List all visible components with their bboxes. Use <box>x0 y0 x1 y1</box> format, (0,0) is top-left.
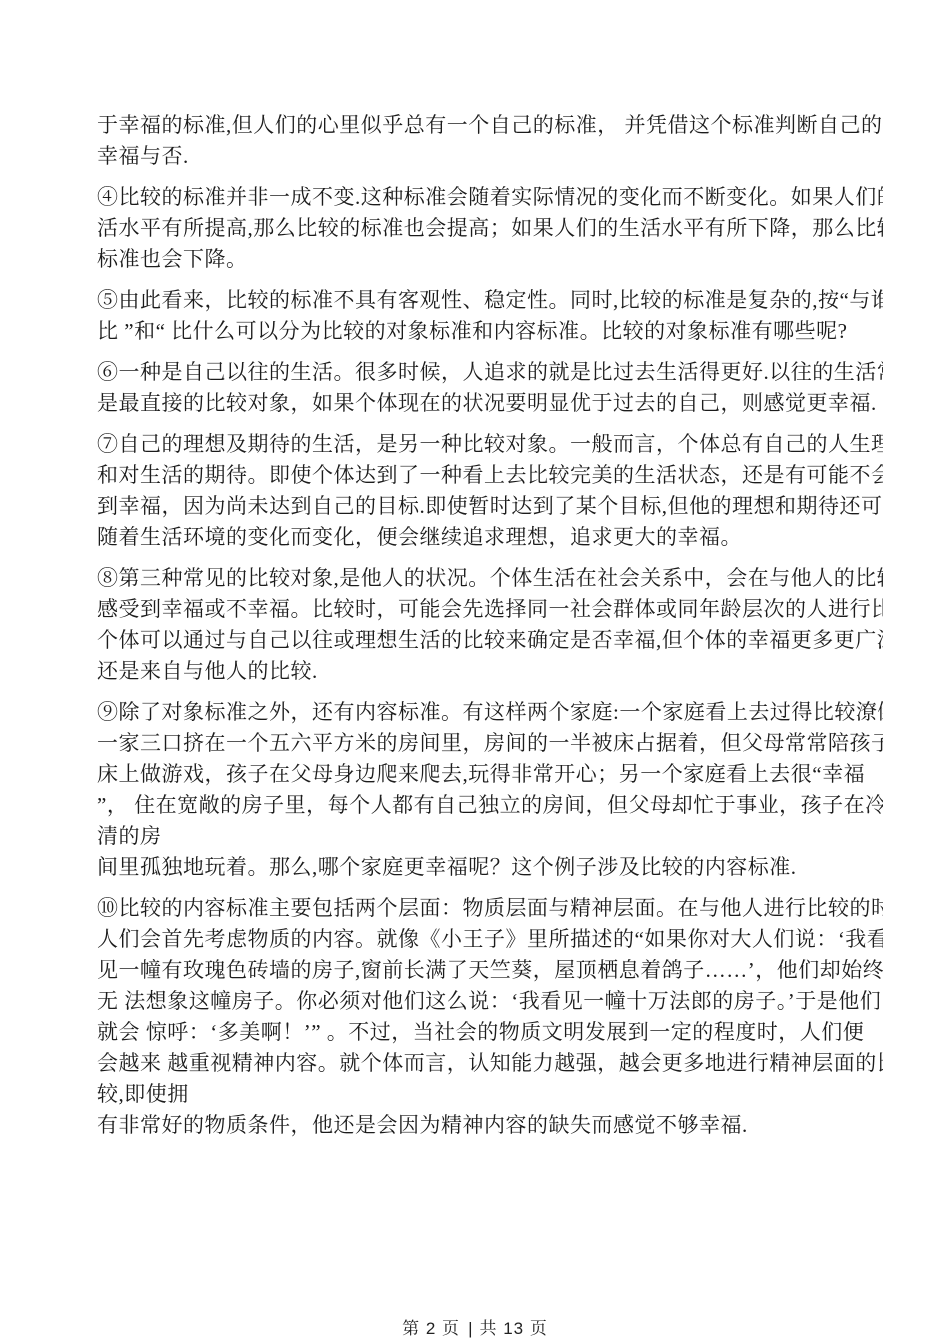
text-line: 个体可以通过与自己以往或理想生活的比较来确定是否幸福,但个体的幸福更多更广泛地 <box>97 625 883 656</box>
paragraph: ⑦自己的理想及期待的生活，是另一种比较对象。一般而言，个体总有自己的人生理想和对… <box>97 429 883 553</box>
text-line: 见一幢有玫瑰色砖墙的房子,窗前长满了天竺葵，屋顶栖息着鸽子……’，他们却始终 <box>97 955 883 986</box>
total-pages-label: 共 13 页 <box>479 1319 547 1338</box>
text-line: 还是来自与他人的比较. <box>97 656 883 687</box>
text-line: ⑦自己的理想及期待的生活，是另一种比较对象。一般而言，个体总有自己的人生理想 <box>97 429 883 460</box>
text-line: 是最直接的比较对象，如果个体现在的状况要明显优于过去的自己，则感觉更幸福. <box>97 388 883 419</box>
paragraph: ④比较的标准并非一成不变.这种标准会随着实际情况的变化而不断变化。如果人们的生活… <box>97 182 883 275</box>
text-line: 活水平有所提高,那么比较的标准也会提高；如果人们的生活水平有所下降，那么比较的 <box>97 213 883 244</box>
text-line: 就会 惊呼：‘多美啊！’” 。不过，当社会的物质文明发展到一定的程度时，人们便 <box>97 1017 883 1048</box>
text-line: 随着生活环境的变化而变化，便会继续追求理想，追求更大的幸福。 <box>97 522 883 553</box>
text-line: ⑨除了对象标准之外，还有内容标准。有这样两个家庭:一个家庭看上去过得比较潦倒， <box>97 697 883 728</box>
document-body: 于幸福的标准,但人们的心里似乎总有一个自己的标准， 并凭借这个标准判断自己的生活… <box>97 110 883 1151</box>
page-footer: 第 2 页|共 13 页 <box>0 1314 950 1339</box>
text-line: ⑩比较的内容标准主要包括两个层面：物质层面与精神层面。在与他人进行比较的时候, <box>97 893 883 924</box>
text-line: ”， 住在宽敞的房子里，每个人都有自己独立的房间，但父母却忙于事业，孩子在冷 <box>97 790 883 821</box>
text-line: 于幸福的标准,但人们的心里似乎总有一个自己的标准， 并凭借这个标准判断自己的生活 <box>97 110 883 141</box>
text-line: ⑤由此看来，比较的标准不具有客观性、稳定性。同时,比较的标准是复杂的,按“与谁 <box>97 285 883 316</box>
text-line: 较,即使拥 <box>97 1079 883 1110</box>
paragraph: 于幸福的标准,但人们的心里似乎总有一个自己的标准， 并凭借这个标准判断自己的生活… <box>97 110 883 172</box>
text-line: ④比较的标准并非一成不变.这种标准会随着实际情况的变化而不断变化。如果人们的生 <box>97 182 883 213</box>
text-line: 比 ”和“ 比什么可以分为比较的对象标准和内容标准。比较的对象标准有哪些呢? <box>97 316 883 347</box>
paragraph: ⑥一种是自己以往的生活。很多时候，人追求的就是比过去生活得更好.以往的生活常常是… <box>97 357 883 419</box>
text-line: 会越来 越重视精神内容。就个体而言，认知能力越强，越会更多地进行精神层面的比 <box>97 1048 883 1079</box>
text-line: ⑥一种是自己以往的生活。很多时候，人追求的就是比过去生活得更好.以往的生活常常 <box>97 357 883 388</box>
text-line: 人们会首先考虑物质的内容。就像《小王子》里所描述的“如果你对大人们说：‘我看 <box>97 924 883 955</box>
text-line: ⑧第三种常见的比较对象,是他人的状况。个体生活在社会关系中，会在与他人的比较中 <box>97 563 883 594</box>
text-line: 清的房 <box>97 821 883 852</box>
text-line: 标准也会下降。 <box>97 244 883 275</box>
text-line: 无 法想象这幢房子。你必须对他们这么说：‘我看见一幢十万法郎的房子。’于是他们 <box>97 986 883 1017</box>
text-line: 一家三口挤在一个五六平方米的房间里，房间的一半被床占据着，但父母常常陪孩子在 <box>97 728 883 759</box>
text-line: 床上做游戏，孩子在父母身边爬来爬去,玩得非常开心；另一个家庭看上去很“幸福 <box>97 759 883 790</box>
paragraph: ⑨除了对象标准之外，还有内容标准。有这样两个家庭:一个家庭看上去过得比较潦倒，一… <box>97 697 883 883</box>
text-line: 到幸福，因为尚未达到自己的目标.即使暂时达到了某个目标,但他的理想和期待还可能 <box>97 491 883 522</box>
footer-separator: | <box>468 1319 473 1339</box>
paragraph: ⑧第三种常见的比较对象,是他人的状况。个体生活在社会关系中，会在与他人的比较中感… <box>97 563 883 687</box>
text-line: 间里孤独地玩着。那么,哪个家庭更幸福呢？这个例子涉及比较的内容标准. <box>97 852 883 883</box>
paragraph: ⑩比较的内容标准主要包括两个层面：物质层面与精神层面。在与他人进行比较的时候,人… <box>97 893 883 1141</box>
text-line: 和对生活的期待。即使个体达到了一种看上去比较完美的生活状态，还是有可能不会感 <box>97 460 883 491</box>
paragraph: ⑤由此看来，比较的标准不具有客观性、稳定性。同时,比较的标准是复杂的,按“与谁比… <box>97 285 883 347</box>
text-line: 有非常好的物质条件，他还是会因为精神内容的缺失而感觉不够幸福. <box>97 1110 883 1141</box>
current-page-label: 第 2 页 <box>402 1319 460 1338</box>
text-line: 感受到幸福或不幸福。比较时，可能会先选择同一社会群体或同年龄层次的人进行比较。 <box>97 594 883 625</box>
text-line: 幸福与否. <box>97 141 883 172</box>
